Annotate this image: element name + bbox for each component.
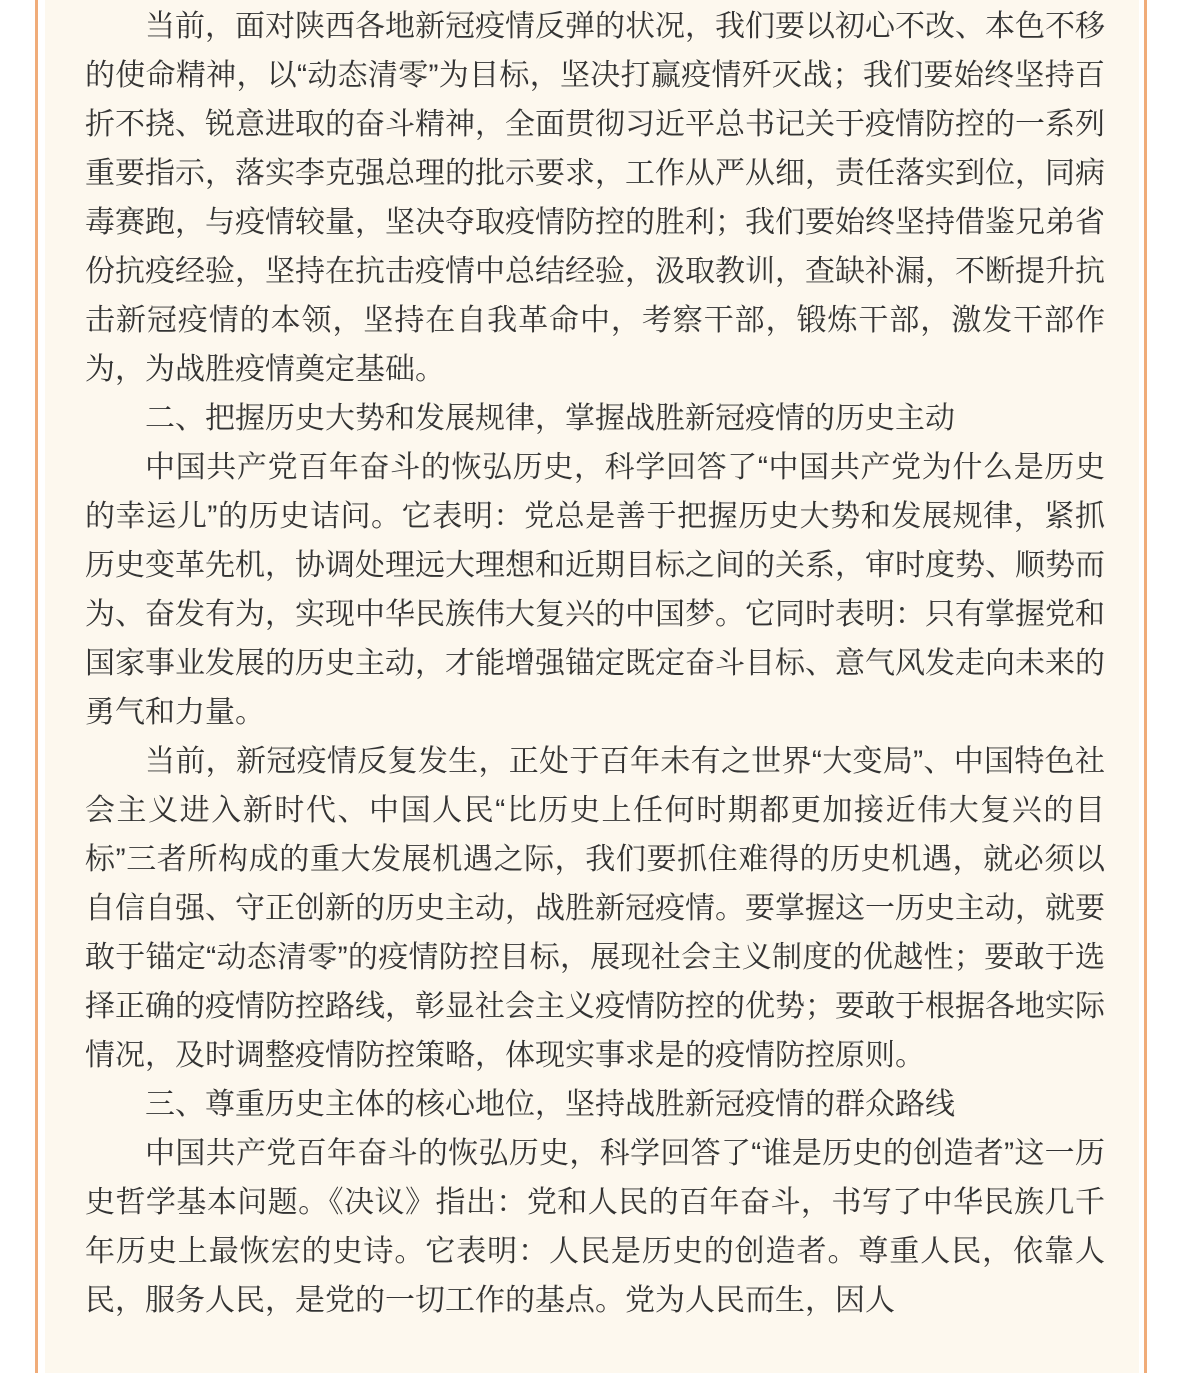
right-border-line [1144,0,1147,1373]
paragraph: 中国共产党百年奋斗的恢弘历史，科学回答了“中国共产党为什么是历史的幸运儿”的历史… [85,443,1105,737]
paragraph: 中国共产党百年奋斗的恢弘历史，科学回答了“谁是历史的创造者”这一历史哲学基本问题… [85,1129,1105,1325]
section-heading: 三、尊重历史主体的核心地位，坚持战胜新冠疫情的群众路线 [85,1080,1105,1129]
left-border-line [35,0,38,1373]
article-body: 当前，面对陕西各地新冠疫情反弹的状况，我们要以初心不改、本色不移的使命精神，以“… [45,0,1139,1373]
section-heading: 二、把握历史大势和发展规律，掌握战胜新冠疫情的历史主动 [85,394,1105,443]
paragraph: 当前，新冠疫情反复发生，正处于百年未有之世界“大变局”、中国特色社会主义进入新时… [85,737,1105,1080]
article-page: 当前，面对陕西各地新冠疫情反弹的状况，我们要以初心不改、本色不移的使命精神，以“… [0,0,1187,1373]
paragraph: 当前，面对陕西各地新冠疫情反弹的状况，我们要以初心不改、本色不移的使命精神，以“… [85,2,1105,394]
